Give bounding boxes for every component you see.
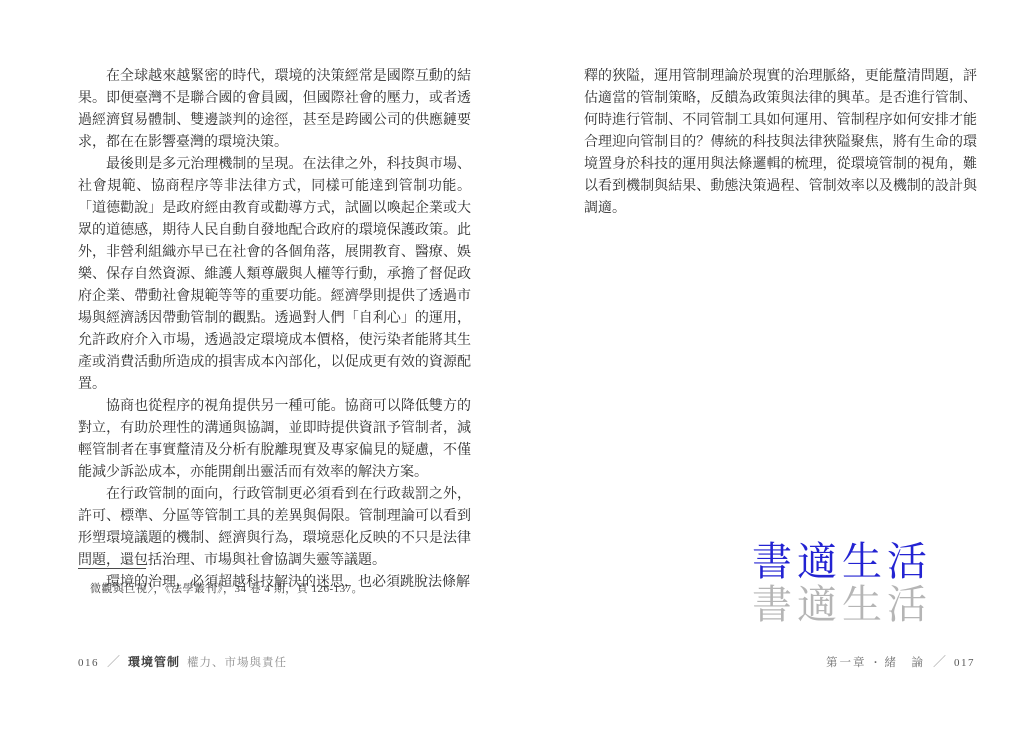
paragraph: 在行政管制的面向，行政管制更必須看到在行政裁罰之外，許可、標準、分區等管制工具的… (78, 484, 471, 572)
book-subtitle: 權力、市場與責任 (187, 654, 287, 670)
paragraph: 協商也從程序的視角提供另一種可能。協商可以降低雙方的對立，有助於理性的溝通與協調… (78, 396, 471, 484)
footnote-block: 微觀與巨視〉，《法學叢刊》，34 卷 4 期，頁 126-137。 (78, 568, 471, 597)
paragraph: 在全球越來越緊密的時代，環境的決策經常是國際互動的結果。即便臺灣不是聯合國的會員… (78, 66, 471, 154)
dot-separator-icon: ・ (870, 654, 880, 669)
footnote-text: 微觀與巨視〉，《法學叢刊》，34 卷 4 期，頁 126-137。 (78, 581, 471, 597)
paragraph: 釋的狹隘，運用管制理論於現實的治理脈絡，更能釐清問題，評估適當的管制策略，反饋為… (584, 66, 977, 220)
page-number: 017 (954, 657, 975, 669)
slash-separator-icon: ／ (107, 651, 120, 670)
footnote-divider (78, 568, 146, 569)
brand-logo-primary: 書適生活 (752, 540, 932, 583)
paragraph: 最後則是多元治理機制的呈現。在法律之外，科技與市場、社會規範、協商程序等非法律方… (78, 154, 471, 396)
section-label: 緒 論 (884, 654, 925, 670)
left-page-footer: 016 ／ 環境管制 權力、市場與責任 (78, 651, 287, 670)
brand-logo: 書適生活 書適生活 (752, 540, 932, 626)
book-spread: 在全球越來越緊密的時代，環境的決策經常是國際互動的結果。即便臺灣不是聯合國的會員… (0, 0, 1025, 733)
book-title: 環境管制 (128, 653, 180, 670)
right-page-footer: 第一章 ・ 緒 論 ／ 017 (826, 651, 975, 670)
left-page-text-column: 在全球越來越緊密的時代，環境的決策經常是國際互動的結果。即便臺灣不是聯合國的會員… (78, 66, 471, 594)
slash-separator-icon: ／ (933, 651, 946, 670)
brand-logo-secondary: 書適生活 (752, 583, 932, 626)
page-number: 016 (78, 657, 99, 669)
chapter-label: 第一章 (826, 654, 867, 670)
right-page-text-column: 釋的狹隘，運用管制理論於現實的治理脈絡，更能釐清問題，評估適當的管制策略，反饋為… (584, 66, 977, 220)
